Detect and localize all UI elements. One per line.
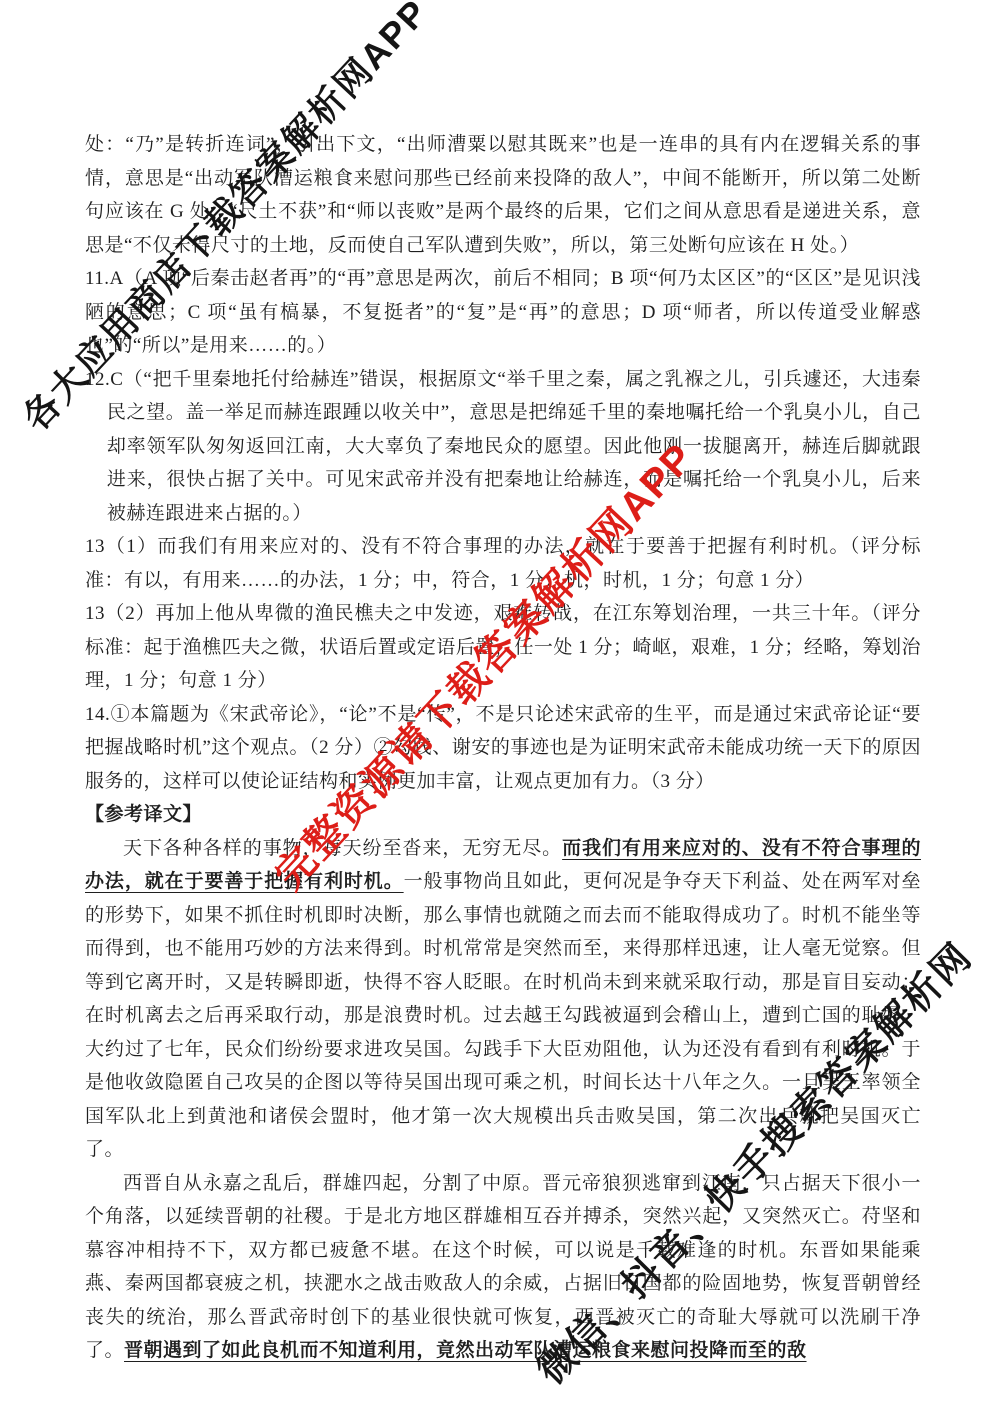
translation-paragraph-2: 西晋自从永嘉之乱后，群雄四起，分割了中原。晋元帝狼狈逃窜到江南，只占据天下很小一… bbox=[85, 1167, 921, 1368]
translation-paragraph-1: 天下各种各样的事物，每天纷至沓来，无穷无尽。而我们有用来应对的、没有不符合事理的… bbox=[85, 832, 921, 1167]
text-segment: 14.①本篇题为《宋武帝论》，“论”不是“传”，不是只论述宋武帝的生平，而是通过… bbox=[85, 704, 921, 792]
scanned-answer-page: 处：“乃”是转折连词”，引出下文，“出师漕粟以慰其既来”也是一连串的具有内在逻辑… bbox=[0, 0, 1000, 1414]
answer-13-1: 13（1）而我们有用来应对的、没有不符合事理的办法，就在于要善于把握有利时机。（… bbox=[85, 530, 921, 597]
reference-translation-header: 【参考译文】 bbox=[85, 798, 921, 832]
text-segment: 处：“乃”是转折连词”，引出下文，“出师漕粟以慰其既来”也是一连串的具有内在逻辑… bbox=[85, 134, 921, 256]
document-body: 处：“乃”是转折连词”，引出下文，“出师漕粟以慰其既来”也是一连串的具有内在逻辑… bbox=[85, 128, 921, 1368]
emphasized-text: 晋朝遇到了如此良机而不知道利用，竟然出动军队漕运粮食来慰问投降而至的敌 bbox=[124, 1340, 807, 1361]
text-segment: 13（1）而我们有用来应对的、没有不符合事理的办法，就在于要善于把握有利时机。（… bbox=[85, 536, 921, 591]
answer-14: 14.①本篇题为《宋武帝论》，“论”不是“传”，不是只论述宋武帝的生平，而是通过… bbox=[85, 698, 921, 799]
answer-12: 12.C（“把千里秦地托付给赫连”错误，根据原文“举千里之秦，属之乳褓之儿，引兵… bbox=[85, 363, 921, 531]
text-segment: 天下各种各样的事物，每天纷至沓来，无穷无尽。 bbox=[123, 838, 562, 859]
text-segment: 西晋自从永嘉之乱后，群雄四起，分割了中原。晋元帝狼狈逃窜到江南，只占据天下很小一… bbox=[85, 1173, 921, 1362]
text-segment: 11.A（A 项“后秦击赵者再”的“再”意思是两次，前后不相同；B 项“何乃太区… bbox=[85, 268, 921, 356]
text-segment: 一般事物尚且如此，更何况是争夺天下利益、处在两军对垒的形势下，如果不抓住时机即时… bbox=[85, 871, 921, 1160]
text-segment: 13（2）再加上他从卑微的渔民樵夫之中发迹，艰难转战，在江东筹划治理，一共三十年… bbox=[85, 603, 921, 691]
text-segment: 【参考译文】 bbox=[85, 804, 202, 825]
answer-11: 11.A（A 项“后秦击赵者再”的“再”意思是两次，前后不相同；B 项“何乃太区… bbox=[85, 262, 921, 363]
answer-13-2: 13（2）再加上他从卑微的渔民樵夫之中发迹，艰难转战，在江东筹划治理，一共三十年… bbox=[85, 597, 921, 698]
answer-10-continuation: 处：“乃”是转折连词”，引出下文，“出师漕粟以慰其既来”也是一连串的具有内在逻辑… bbox=[85, 128, 921, 262]
text-segment: 12.C（“把千里秦地托付给赫连”错误，根据原文“举千里之秦，属之乳褓之儿，引兵… bbox=[85, 369, 921, 524]
